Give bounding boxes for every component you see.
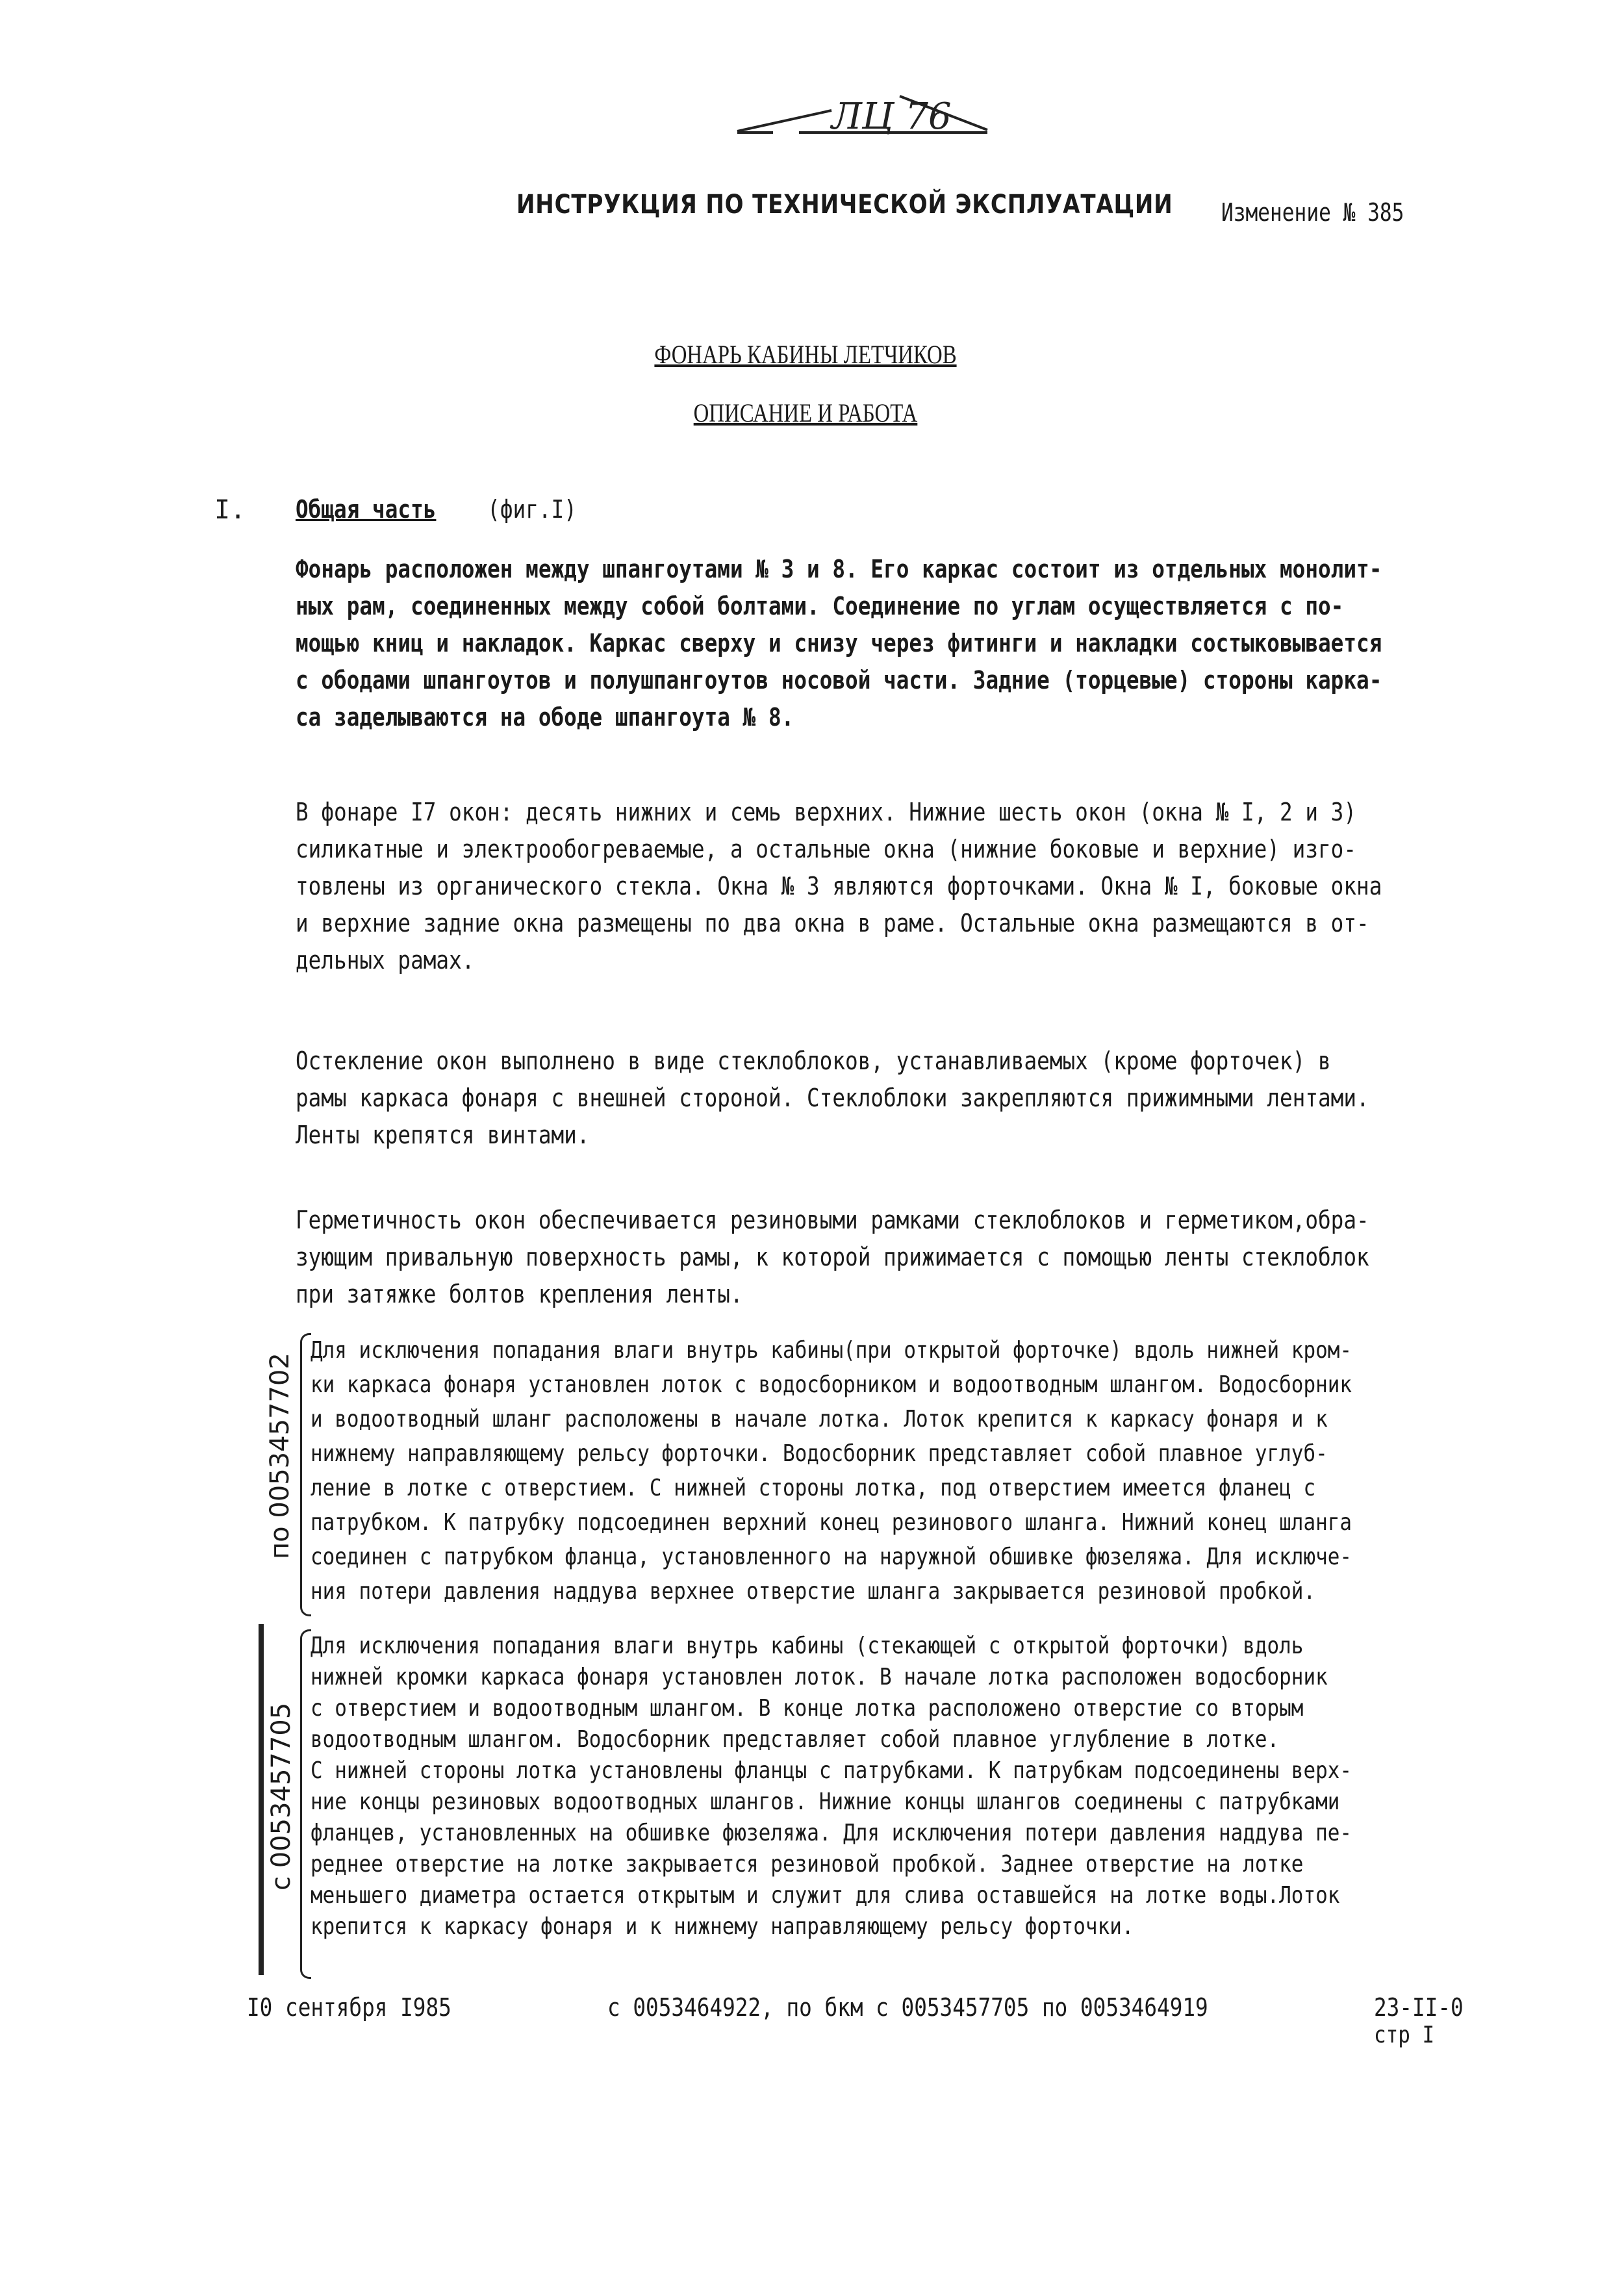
footer-code: 23-II-0: [1374, 1993, 1464, 2022]
document-header-title: ИНСТРУКЦИЯ ПО ТЕХНИЧЕСКОЙ ЭКСПЛУАТАЦИИ: [516, 190, 1173, 220]
section-heading: Общая часть (фиг.I): [296, 495, 577, 524]
footer-date: I0 сентября I985: [247, 1993, 451, 2022]
boxed-paragraph-1: Для исключения попадания влаги внутрь ка…: [311, 1333, 1567, 1609]
revision-bracket: [300, 1629, 311, 1979]
boxed-paragraph-2: Для исключения попадания влаги внутрь ка…: [311, 1631, 1567, 1942]
page-subtitle: ОПИСАНИЕ И РАБОТА: [145, 398, 1466, 428]
svg-text:ЛЦ 76: ЛЦ 76: [830, 95, 952, 136]
serial-stamp: с 0053457705: [266, 1703, 296, 1891]
footer-applicability: с 0053464922, по бкм с 0053457705 по 005…: [607, 1993, 1208, 2022]
paragraph-3: Остекление окон выполнено в виде стеклоб…: [296, 1043, 1553, 1154]
paragraph-2: В фонаре I7 окон: десять нижних и семь в…: [296, 794, 1553, 979]
page-title: ФОНАРЬ КАБИНЫ ЛЕТЧИКОВ: [145, 339, 1466, 370]
paragraph-1: Фонарь расположен между шпангоутами № 3 …: [296, 551, 1553, 736]
change-number: Изменение № 385: [1221, 198, 1404, 227]
figure-reference: (фиг.I): [487, 495, 577, 524]
handwritten-mark-icon: ЛЦ 76: [734, 91, 994, 136]
footer-page-number: стр I: [1374, 2022, 1434, 2048]
revision-bar: [259, 1624, 264, 1975]
serial-stamp: по 0053457702: [265, 1353, 295, 1559]
section-heading-text: Общая часть: [296, 495, 436, 524]
section-number: I.: [214, 495, 246, 525]
revision-bracket: [300, 1333, 311, 1616]
paragraph-4: Герметичность окон обеспечивается резино…: [296, 1202, 1553, 1313]
